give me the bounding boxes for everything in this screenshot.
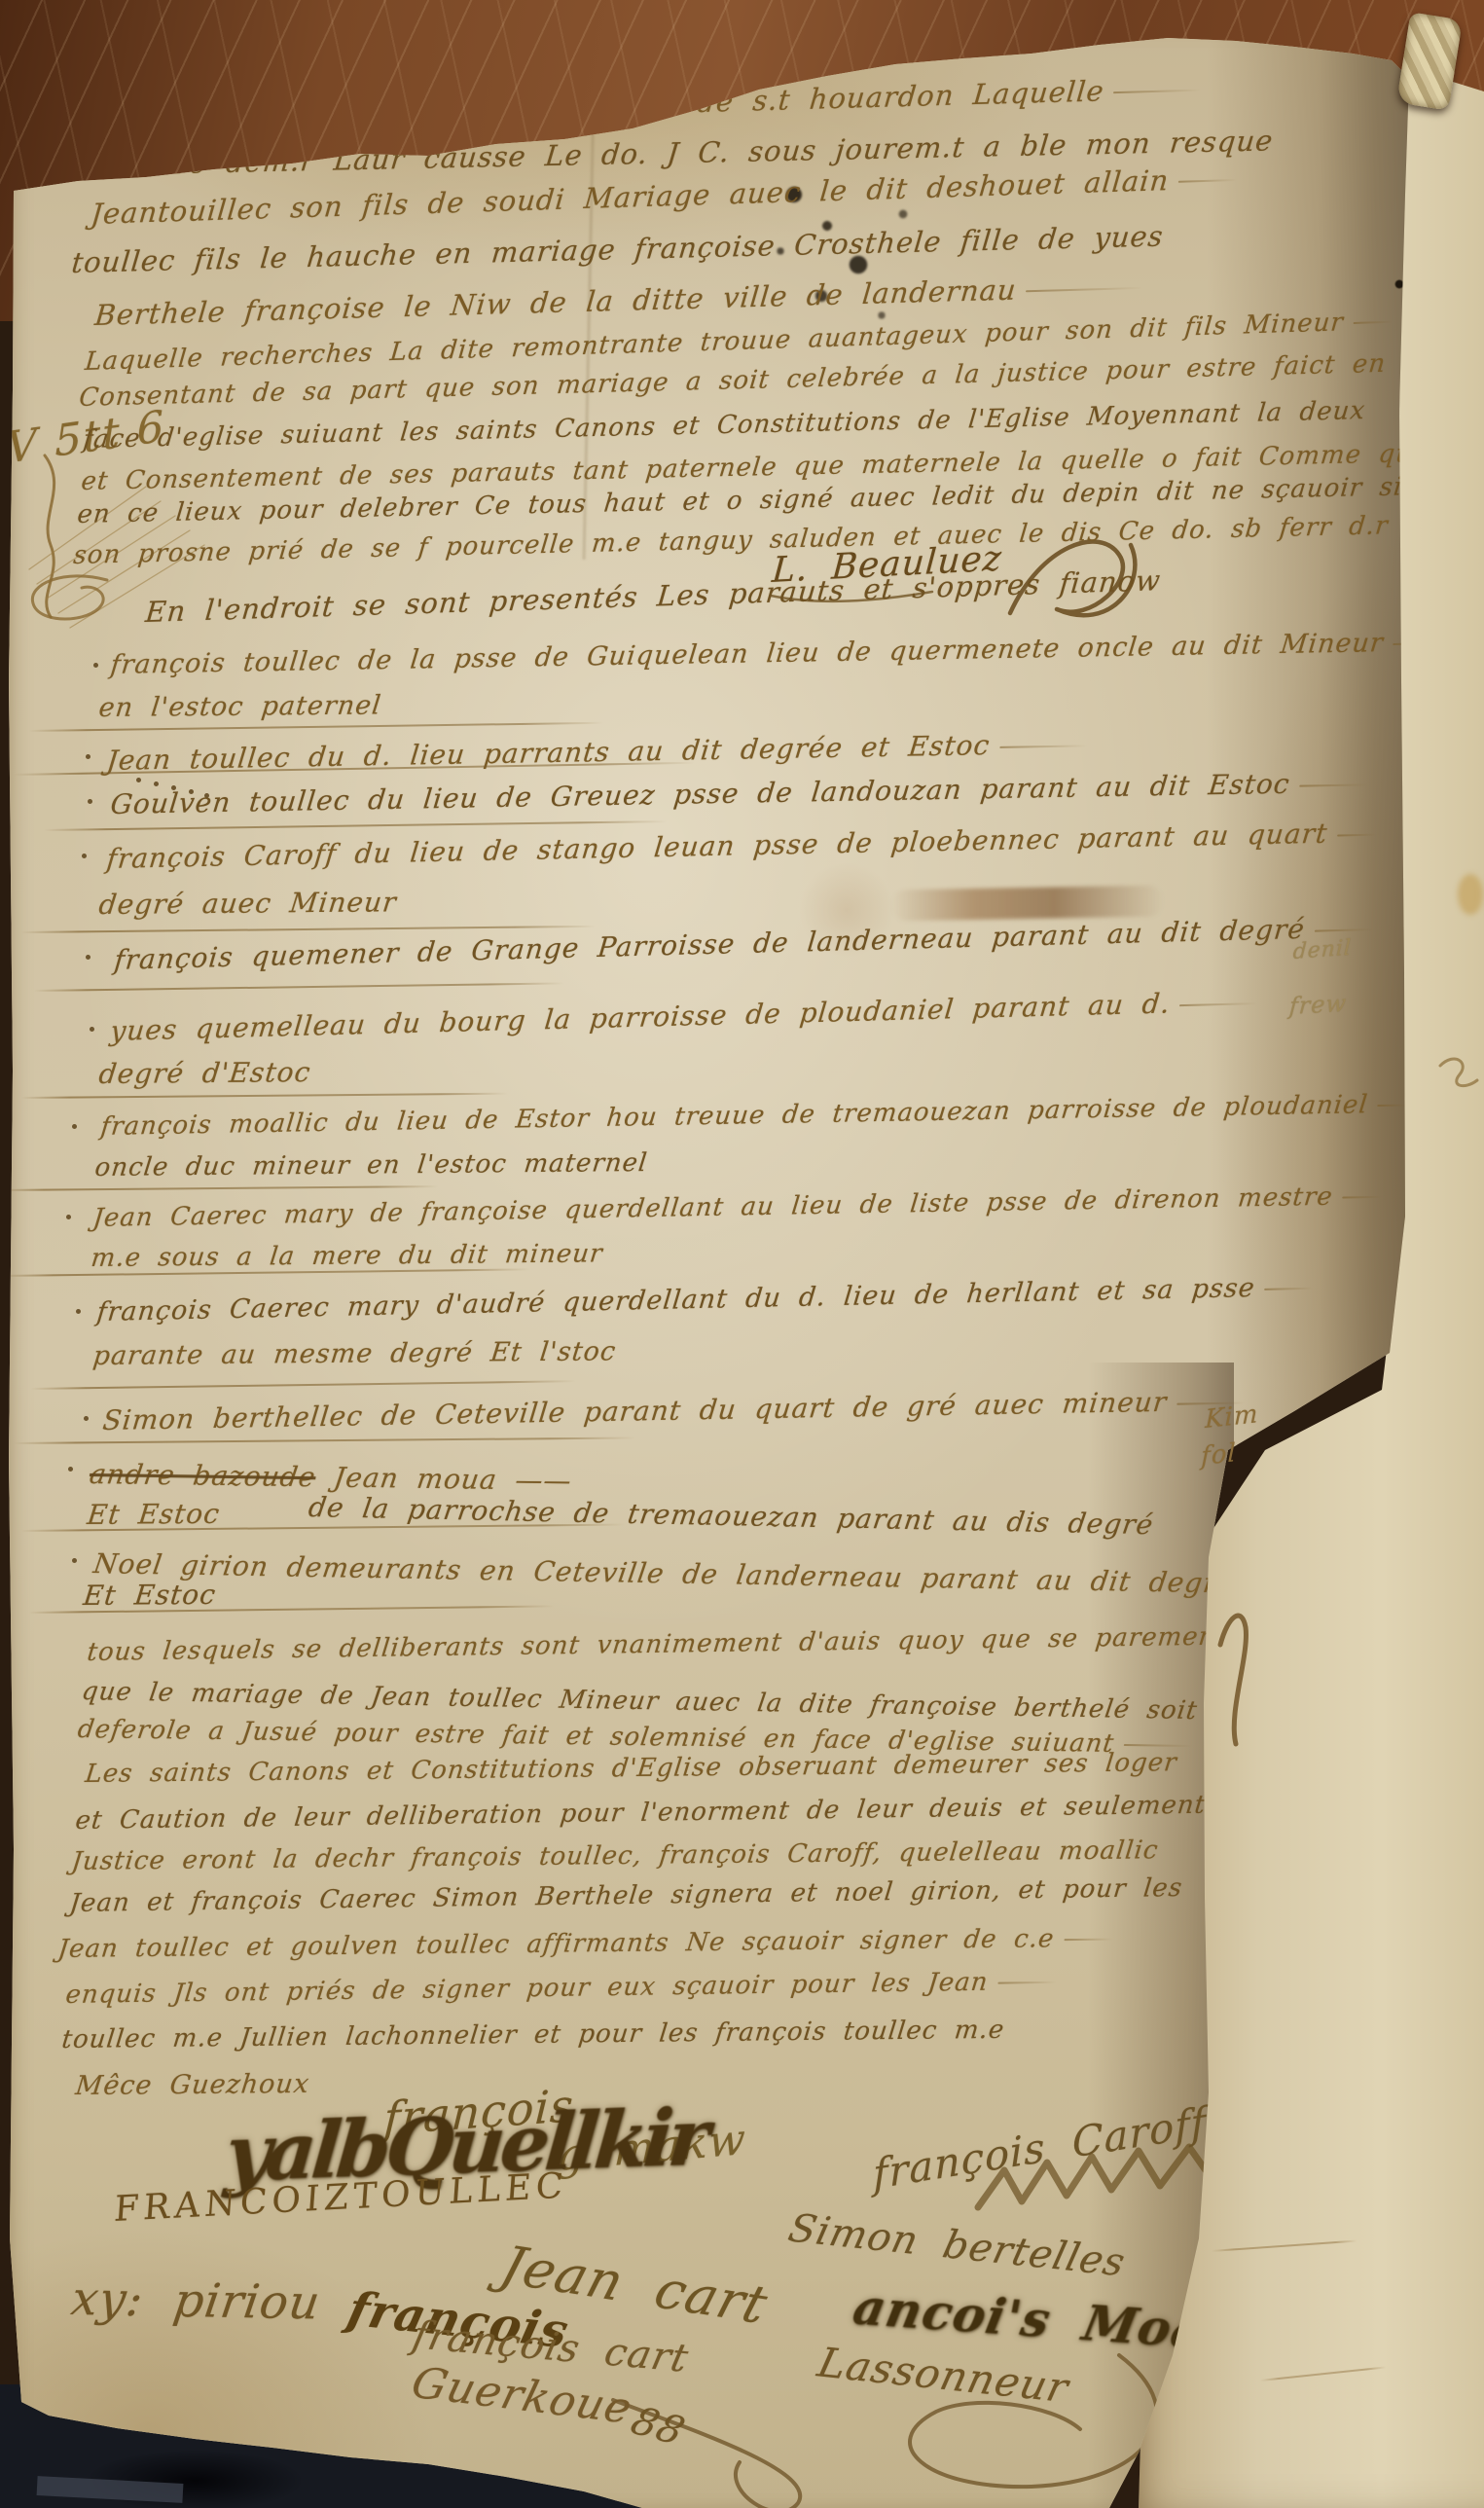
next-page-flourish: [1220, 1616, 1246, 1744]
next-page-folio-mark: Kim: [1205, 1399, 1259, 1435]
next-page-scribble: [1440, 1059, 1477, 1086]
right-page-layer: Kimfol: [0, 0, 1484, 2508]
manuscript-photo: 1'2 V 5tt 6 en l'eclise de landerneau pa…: [0, 0, 1484, 2508]
next-page-folio-mark: fol: [1201, 1438, 1237, 1472]
right-flourish-layer: [0, 0, 1484, 2508]
